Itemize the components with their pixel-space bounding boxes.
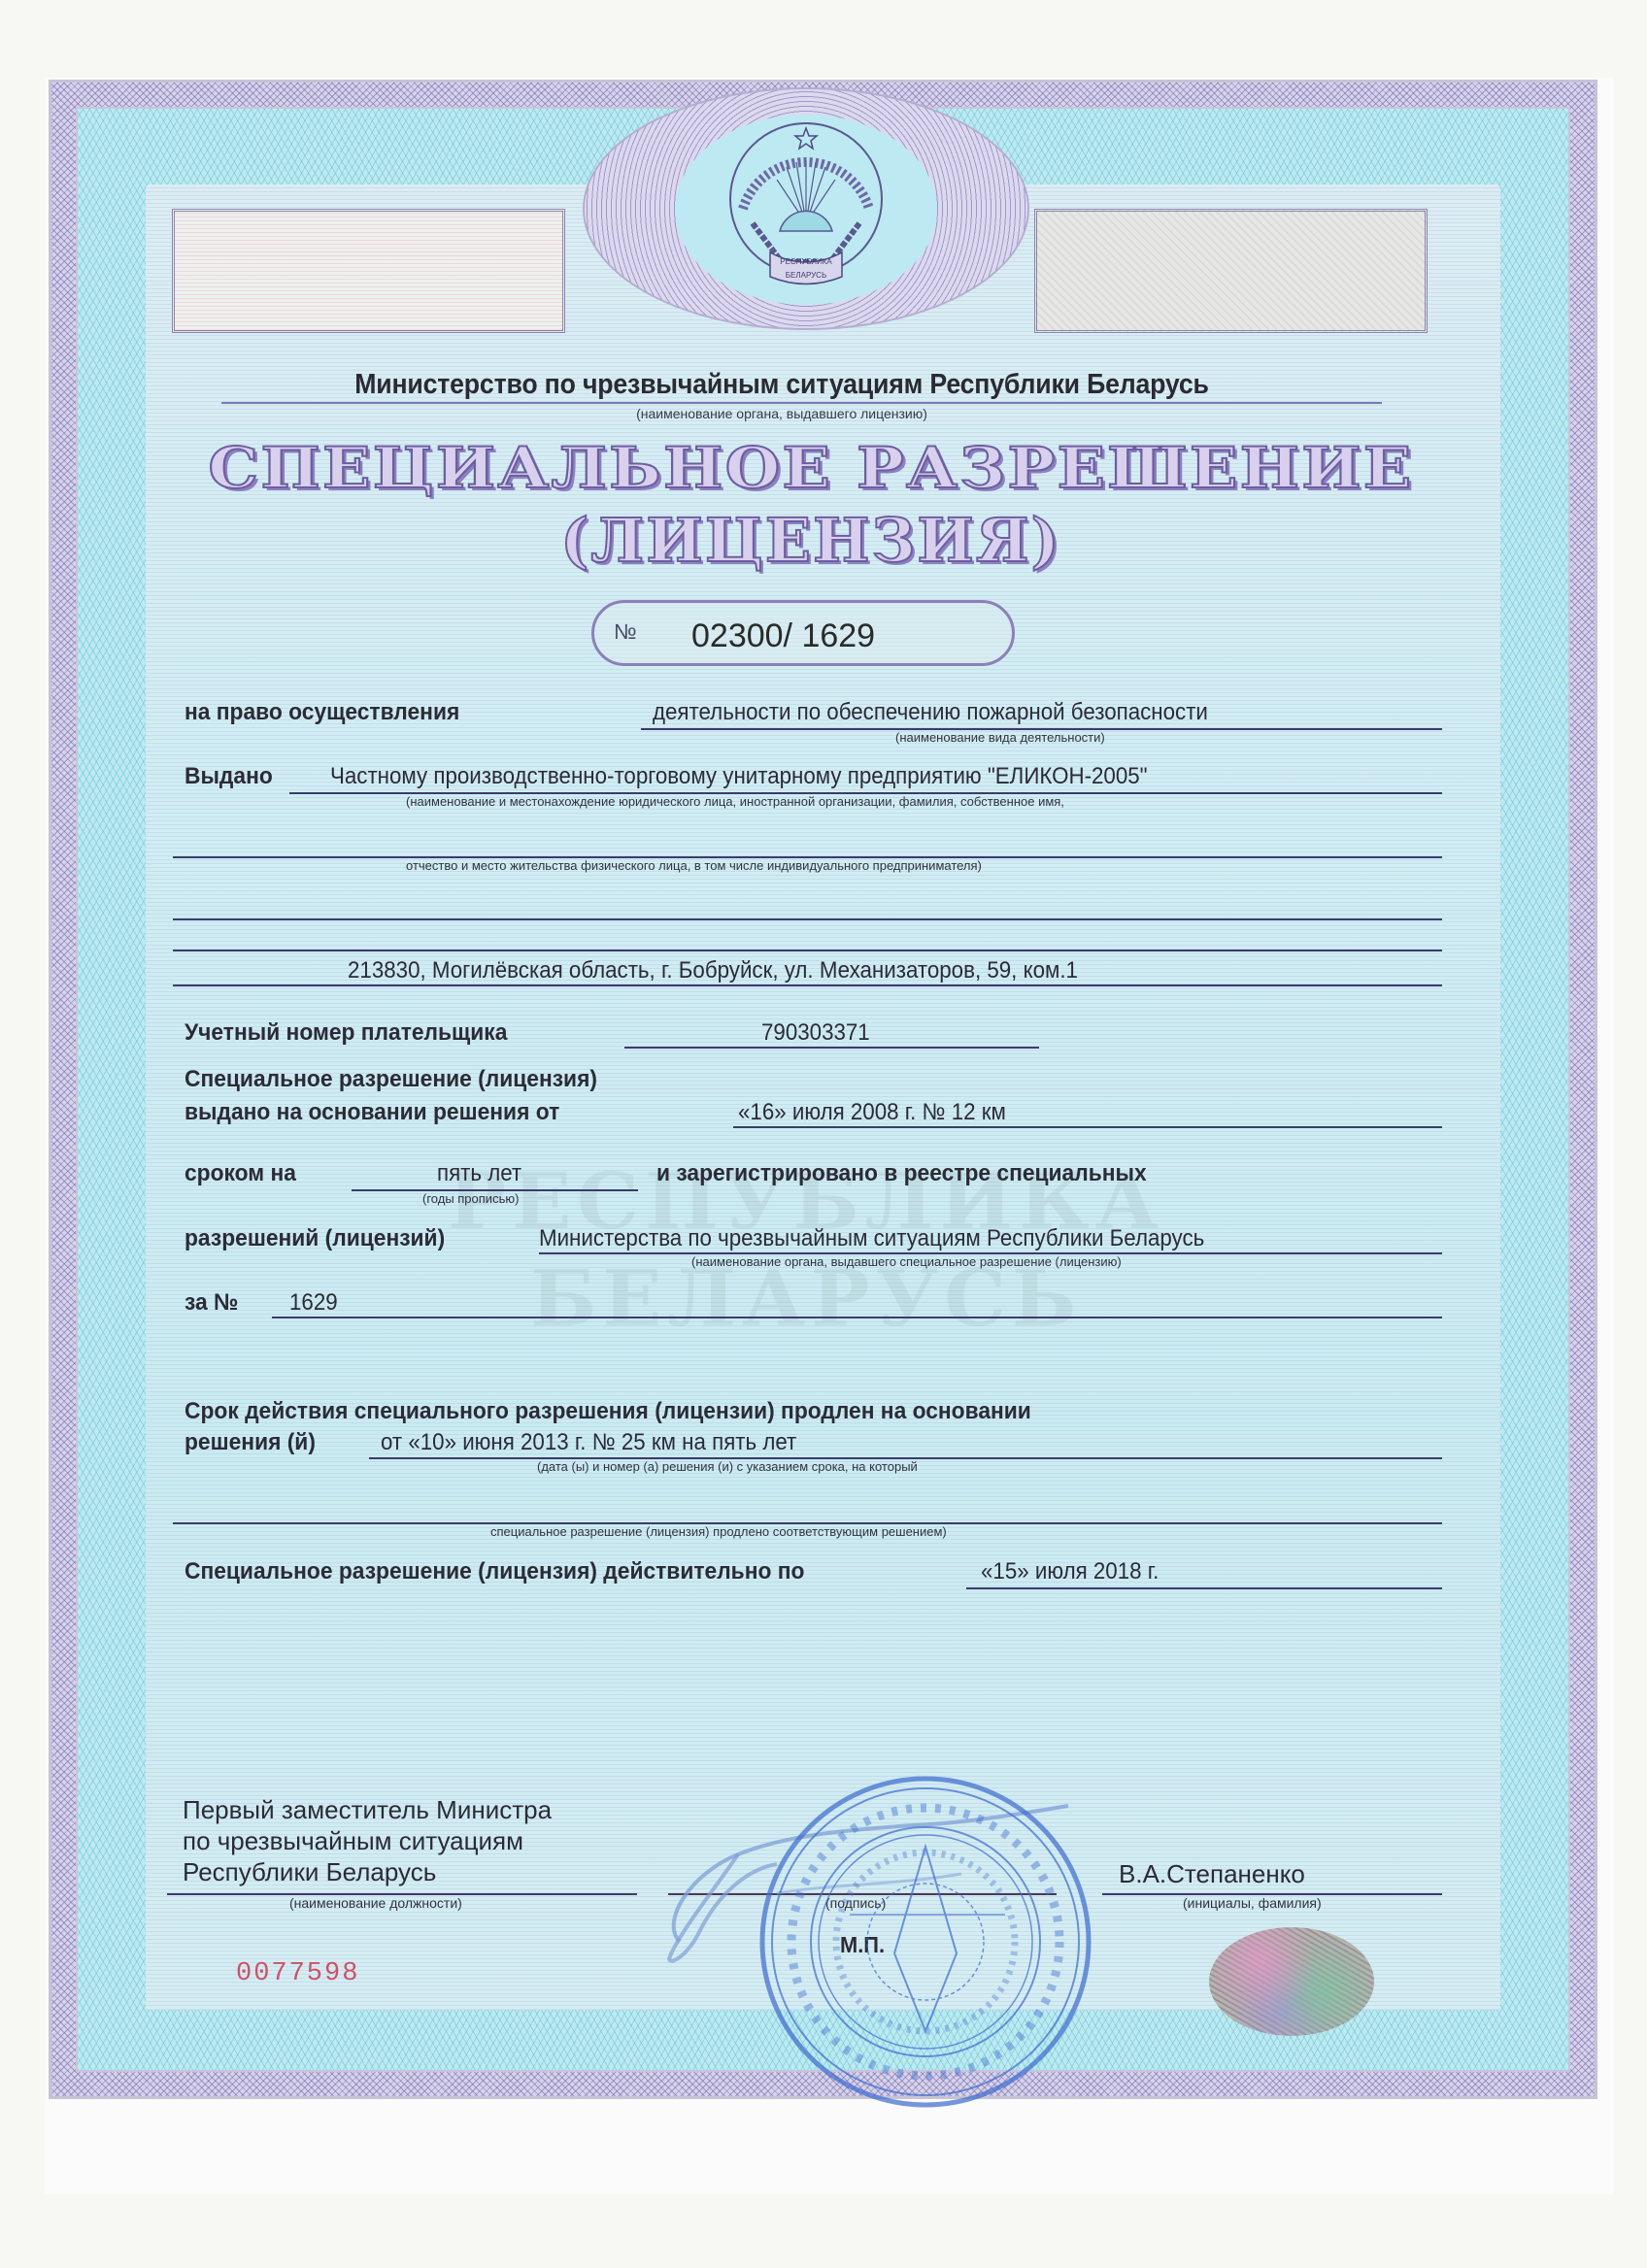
issued-to-caption-1: (наименование и местонахождение юридичес… [406, 794, 1064, 809]
issued-to-label: Выдано [185, 763, 273, 790]
decision-label-2: выдано на основании решения от [185, 1099, 559, 1126]
valid-until-value: «15» июля 2018 г. [981, 1558, 1159, 1585]
svg-text:РЕСПУБЛИКА: РЕСПУБЛИКА [780, 257, 832, 266]
extension-label-1: Срок действия специального разрешения (л… [185, 1398, 1031, 1425]
coat-of-arms-icon: РЕСПУБЛИКА БЕЛАРУСЬ [723, 117, 889, 286]
decision-rule [733, 1126, 1442, 1128]
document-subtitle: (ЛИЦЕНЗИЯ) [175, 505, 1447, 576]
issuing-authority: Министерство по чрезвычайным ситуациям Р… [223, 369, 1340, 401]
number-sign: № [614, 619, 637, 645]
document-title: СПЕЦИАЛЬНОЕ РАЗРЕШЕНИЕ [98, 435, 1523, 501]
issuing-authority-rule [221, 402, 1382, 404]
issued-to-value: Частному производственно-торговому унита… [330, 763, 1148, 790]
position-line-1: Первый заместитель Министра [183, 1794, 552, 1825]
position-line-3: Республики Беларусь [183, 1856, 436, 1887]
signer-caption: (инициалы, фамилия) [1183, 1895, 1322, 1911]
registry-number-value: 1629 [289, 1289, 338, 1317]
taxpayer-number-rule [624, 1047, 1039, 1049]
issued-to-rule-4 [173, 950, 1442, 951]
term-suffix: и зарегистрировано в реестре специальных [656, 1160, 1147, 1187]
taxpayer-number-label: Учетный номер плательщика [185, 1019, 507, 1047]
registry-caption: (наименование органа, выдавшего специаль… [691, 1254, 1122, 1269]
valid-until-label: Специальное разрешение (лицензия) действ… [185, 1558, 804, 1585]
serial-number: 0077598 [236, 1959, 359, 1988]
official-seal-stamp [753, 1769, 1097, 2114]
issuing-authority-caption: (наименование органа, выдавшего лицензию… [175, 406, 1389, 421]
address-rule [173, 984, 1442, 986]
extension-caption-2: специальное разрешение (лицензия) продле… [490, 1524, 947, 1539]
registry-value: Министерства по чрезвычайным ситуациям Р… [539, 1225, 1204, 1252]
decision-label-1: Специальное разрешение (лицензия) [185, 1066, 597, 1093]
term-label: сроком на [185, 1160, 296, 1187]
term-value: пять лет [437, 1160, 521, 1187]
license-number: 02300/ 1629 [691, 617, 875, 655]
extension-caption-1: (дата (ы) и номер (а) решения (и) с указ… [537, 1459, 918, 1474]
signer-name: В.А.Степаненко [1119, 1858, 1305, 1889]
issued-to-caption-2: отчество и место жительства физического … [406, 858, 982, 873]
activity-label: на право осуществления [185, 699, 459, 726]
registry-number-rule [272, 1317, 1442, 1318]
top-left-security-box [172, 209, 565, 333]
extension-value: от «10» июня 2013 г. № 25 км на пять лет [381, 1429, 796, 1456]
registry-number-label: за № [185, 1289, 238, 1317]
taxpayer-number-value: 790303371 [761, 1019, 870, 1047]
registry-label: разрешений (лицензий) [185, 1225, 445, 1252]
decision-value: «16» июля 2008 г. № 12 км [738, 1099, 1006, 1126]
valid-until-rule [966, 1587, 1442, 1589]
extension-label-2: решения (й) [185, 1429, 316, 1456]
activity-value: деятельности по обеспечению пожарной без… [653, 699, 1208, 726]
term-caption: (годы прописью) [422, 1191, 519, 1206]
svg-text:БЕЛАРУСЬ: БЕЛАРУСЬ [786, 271, 826, 280]
issued-to-rule-3 [173, 918, 1442, 920]
address-value: 213830, Могилёвская область, г. Бобруйск… [348, 957, 1078, 984]
activity-caption: (наименование вида деятельности) [895, 730, 1105, 745]
position-caption: (наименование должности) [289, 1895, 462, 1911]
hologram-sticker [1209, 1927, 1374, 2036]
top-right-security-box [1034, 209, 1428, 333]
position-line-2: по чрезвычайным ситуациям [183, 1825, 523, 1856]
